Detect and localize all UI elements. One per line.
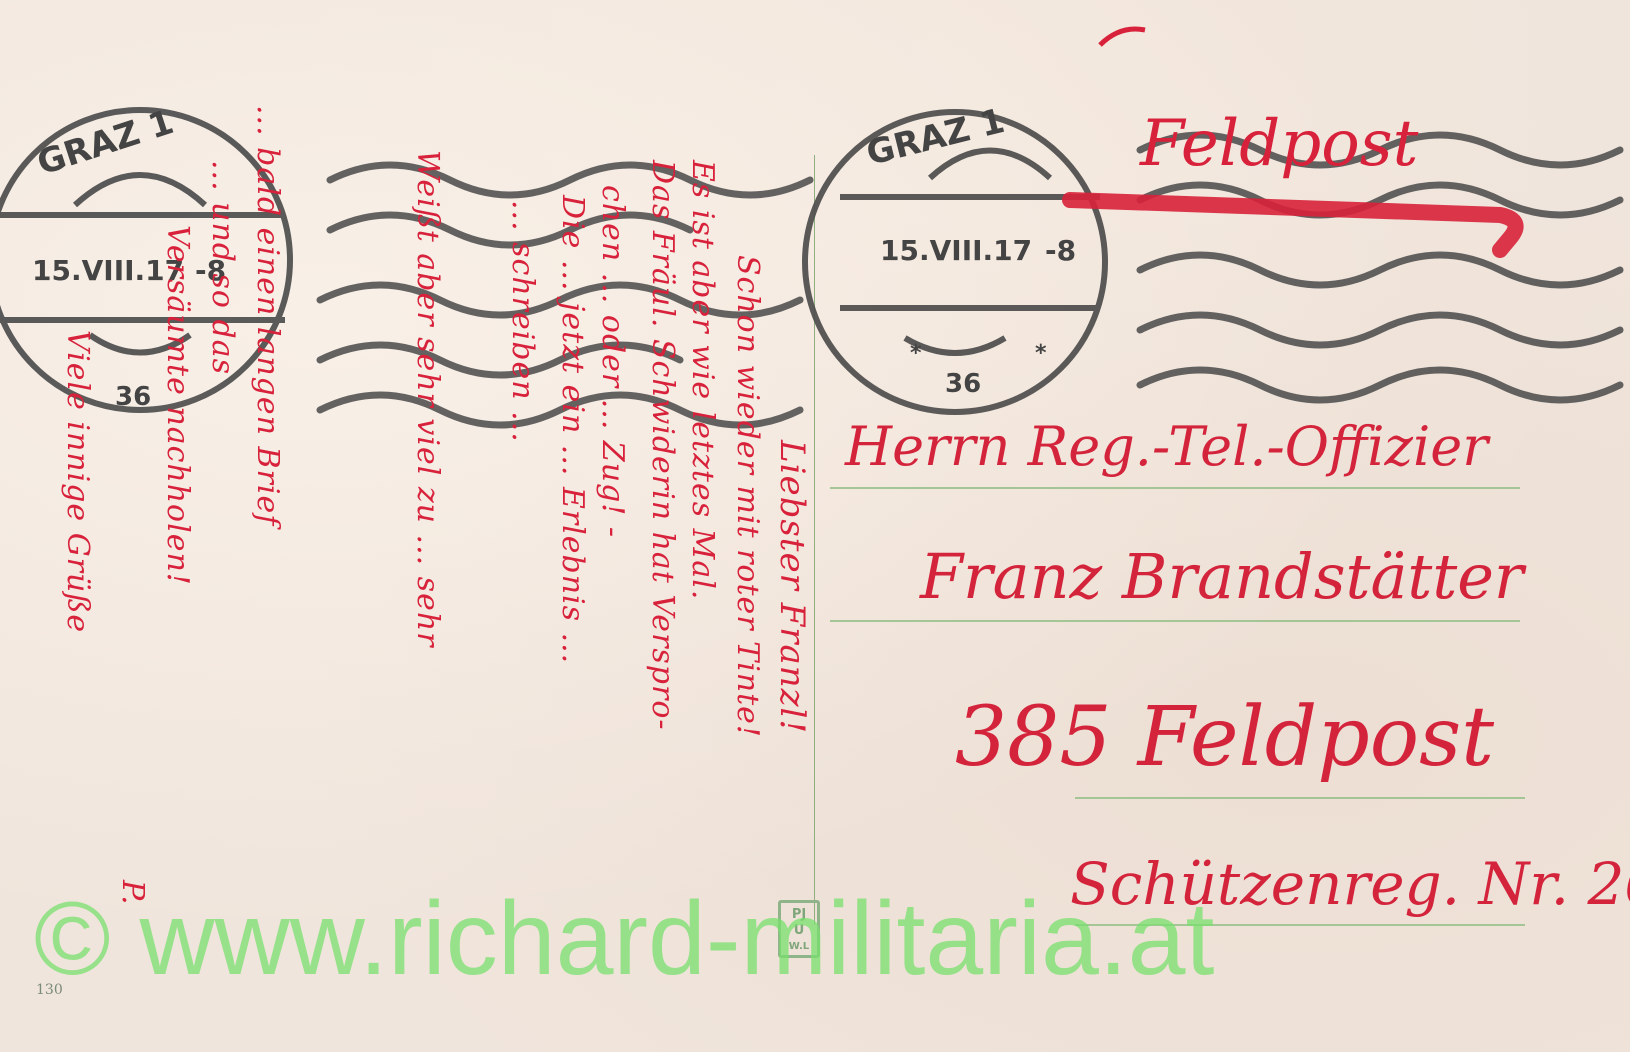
message-line-7: Weißt aber sehr viel zu ... sehr [410, 150, 445, 647]
postmark-right-star-left: * [910, 341, 922, 366]
postcard: GRAZ 1 15.VIII.17 -8 36 GRAZ 1 15.VIII.1… [0, 0, 1630, 1052]
postmark-right-time: -8 [1045, 234, 1076, 267]
decorative-flourish [1100, 29, 1145, 45]
message-line-4: chen ... oder ... Zug! - [595, 185, 630, 538]
message-line-1: Schon wieder mit roter Tinte! [730, 255, 765, 738]
message-line-8: ... bald einen langen Brief [250, 105, 285, 526]
postmark-left-office: 36 [115, 382, 151, 412]
message-line-10: Versäumte nachholen! [160, 225, 195, 586]
message-line-5: Die ... jetzt ein ... Erlebnis ... [555, 195, 590, 664]
message-line-6: ... schreiben ... [505, 200, 540, 443]
address-line-1: Herrn Reg.-Tel.-Offizier [845, 415, 1488, 478]
address-line-3: 385 Feldpost [955, 690, 1494, 785]
message-line-9: ... und so das [205, 160, 240, 375]
message-line-11: Viele innige Grüße [60, 330, 95, 633]
address-line-2: Franz Brandstätter [920, 540, 1524, 613]
postmark-right-office: 36 [945, 369, 981, 399]
message-salutation: Liebster Franzl! [772, 440, 812, 734]
service-mark-feldpost: Feldpost [1139, 107, 1419, 181]
watermark: © www.richard-militaria.at [34, 880, 1214, 999]
postmark-right-date: 15.VIII.17 [880, 234, 1032, 267]
service-mark-strike [1070, 200, 1516, 250]
postmark-right-star-right: * [1035, 341, 1047, 366]
message-line-2: Es ist aber wie letztes Mal. [685, 160, 720, 600]
message-line-3: Das Fräul. Schwiderin hat Verspro- [645, 160, 680, 731]
